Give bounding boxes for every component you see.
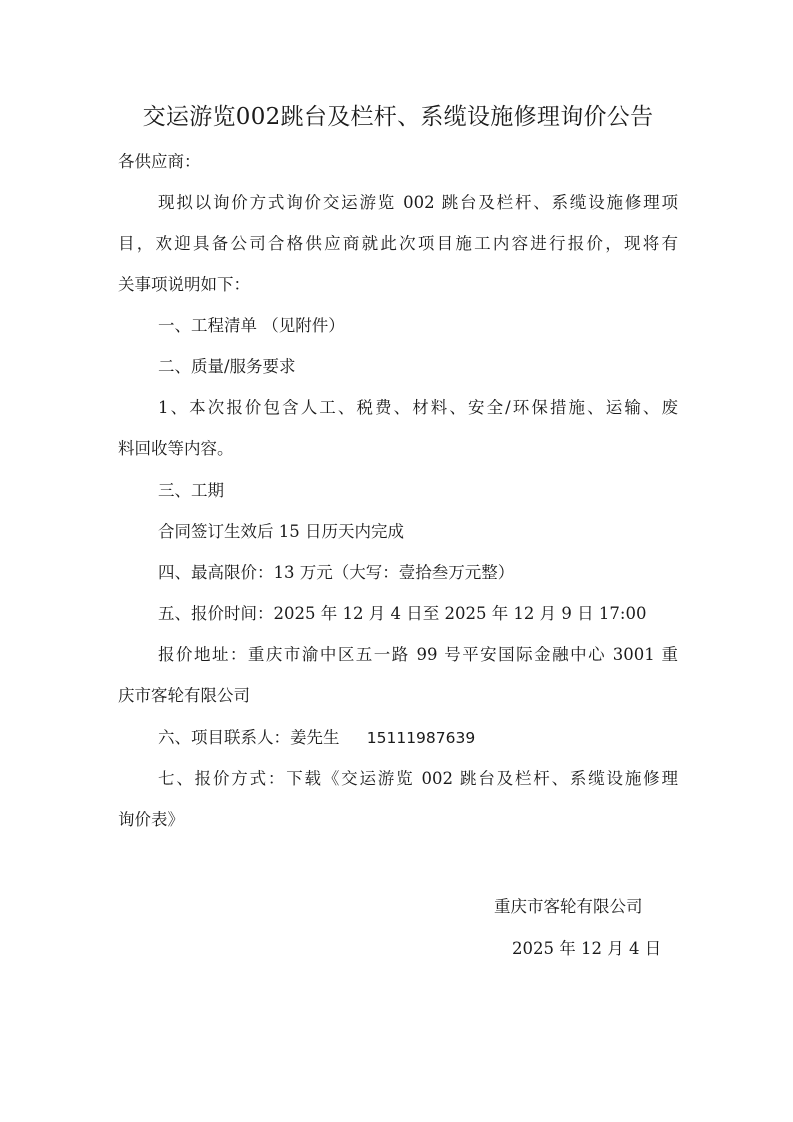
section-3-text: 合同签订生效后 15 日历天内完成 [118, 520, 678, 544]
section-5-quote-time: 五、报价时间：2025 年 12 月 4 日至 2025 年 12 月 9 日 … [118, 602, 678, 626]
section-2-heading: 二、质量/服务要求 [118, 355, 678, 379]
section-6-contact: 六、项目联系人：姜先生 15111987639 [118, 726, 678, 750]
intro-line-2: 目，欢迎具备公司合格供应商就此次项目施工内容进行报价，现将有 [118, 232, 678, 256]
section-7-line-2: 询价表》 [118, 808, 678, 832]
contact-phone: 15111987639 [367, 729, 475, 747]
contact-label: 六、项目联系人：姜先生 [158, 728, 340, 747]
section-4-price-limit: 四、最高限价：13 万元（大写：壹拾叁万元整） [118, 561, 678, 585]
section-1-heading: 一、工程清单 （见附件） [118, 314, 678, 338]
section-2-item-1-line-2: 料回收等内容。 [118, 437, 678, 461]
document-page: 交运游览002跳台及栏杆、系缆设施修理询价公告 各供应商： 现拟以询价方式询价交… [0, 0, 793, 1122]
intro-line-1: 现拟以询价方式询价交运游览 002 跳台及栏杆、系缆设施修理项 [118, 191, 678, 215]
address-line-1: 报价地址：重庆市渝中区五一路 99 号平安国际金融中心 3001 重 [118, 643, 678, 667]
section-7-line-1: 七、报价方式：下载《交运游览 002 跳台及栏杆、系缆设施修理 [118, 767, 678, 791]
signature-date: 2025 年 12 月 4 日 [512, 937, 661, 961]
salutation: 各供应商： [118, 150, 678, 174]
address-line-2: 庆市客轮有限公司 [118, 684, 678, 708]
intro-line-3: 关事项说明如下： [118, 273, 678, 297]
section-3-heading: 三、工期 [118, 479, 678, 503]
section-2-item-1-line-1: 1、本次报价包含人工、税费、材料、安全/环保措施、运输、废 [118, 396, 678, 420]
signature-company: 重庆市客轮有限公司 [494, 895, 643, 919]
page-title: 交运游览002跳台及栏杆、系缆设施修理询价公告 [118, 101, 678, 133]
